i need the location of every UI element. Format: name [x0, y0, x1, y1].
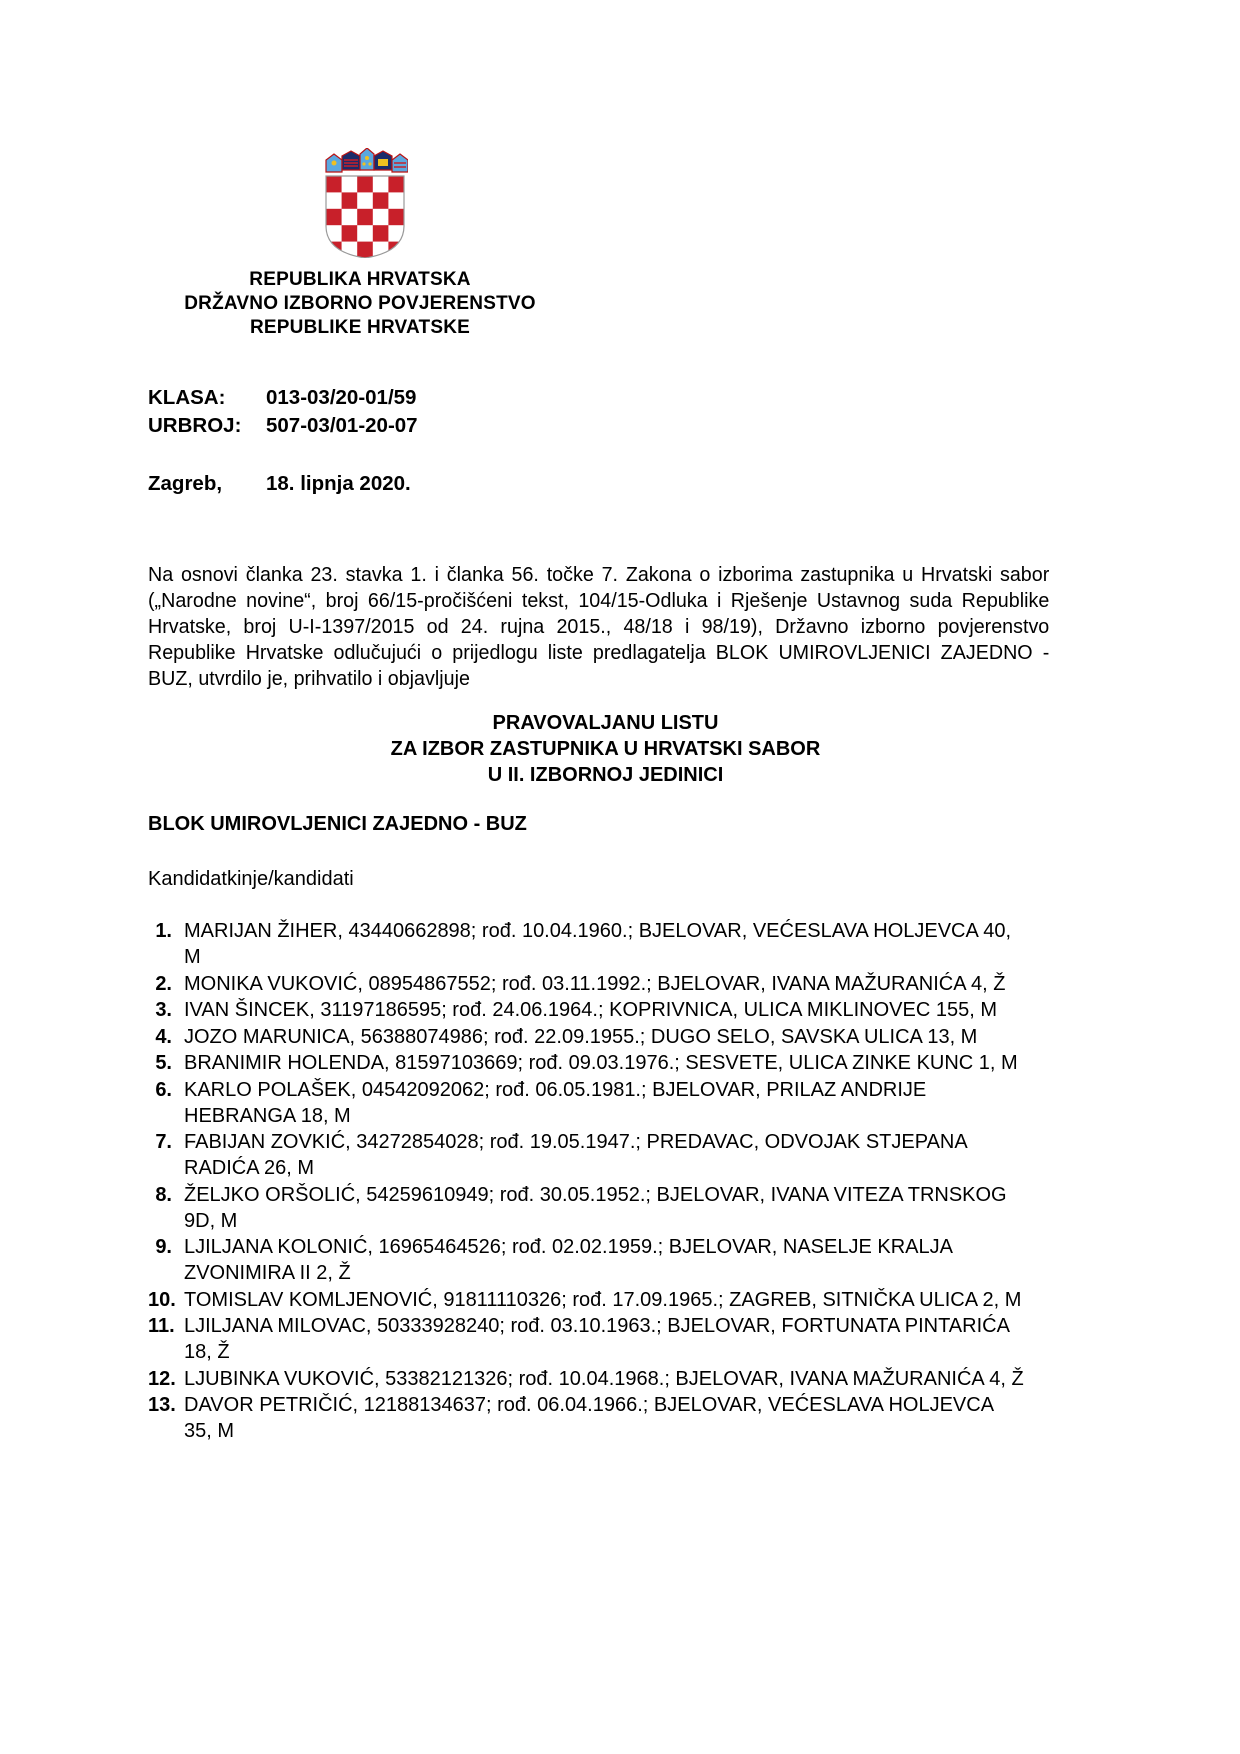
party-name: BLOK UMIROVLJENICI ZAJEDNO - BUZ [148, 813, 527, 836]
klasa-row: KLASA:013-03/20-01/59 [148, 386, 416, 410]
urbroj-label: URBROJ: [148, 414, 266, 438]
candidate-number: 11. [148, 1313, 172, 1339]
klasa-value: 013-03/20-01/59 [266, 386, 416, 409]
candidate-number: 10. [148, 1287, 172, 1313]
candidate-details: DAVOR PETRIČIĆ, 12188134637; rođ. 06.04.… [184, 1392, 1024, 1444]
candidate-details: LJUBINKA VUKOVIĆ, 53382121326; rođ. 10.0… [184, 1366, 1024, 1392]
place-label: Zagreb, [148, 472, 266, 496]
candidate-number: 6. [148, 1077, 172, 1103]
candidate-details: TOMISLAV KOMLJENOVIĆ, 91811110326; rođ. … [184, 1287, 1024, 1313]
candidate-number: 1. [148, 918, 172, 944]
institution-header: REPUBLIKA HRVATSKA DRŽAVNO IZBORNO POVJE… [150, 268, 570, 340]
candidate-item: 13.DAVOR PETRIČIĆ, 12188134637; rođ. 06.… [148, 1392, 1048, 1444]
candidate-number: 12. [148, 1366, 172, 1392]
candidate-item: 2.MONIKA VUKOVIĆ, 08954867552; rođ. 03.1… [148, 971, 1048, 997]
candidate-number: 5. [148, 1050, 172, 1076]
candidate-number: 4. [148, 1024, 172, 1050]
candidate-item: 8.ŽELJKO ORŠOLIĆ, 54259610949; rođ. 30.0… [148, 1182, 1048, 1234]
urbroj-value: 507-03/01-20-07 [266, 414, 418, 437]
candidate-details: MONIKA VUKOVIĆ, 08954867552; rođ. 03.11.… [184, 971, 1024, 997]
candidate-item: 9.LJILJANA KOLONIĆ, 16965464526; rođ. 02… [148, 1234, 1048, 1286]
klasa-label: KLASA: [148, 386, 266, 410]
title-line-1: PRAVOVALJANU LISTU [148, 710, 1063, 736]
candidate-number: 3. [148, 997, 172, 1023]
candidate-number: 8. [148, 1182, 172, 1208]
candidate-item: 10.TOMISLAV KOMLJENOVIĆ, 91811110326; ro… [148, 1287, 1048, 1313]
candidate-item: 5.BRANIMIR HOLENDA, 81597103669; rođ. 09… [148, 1050, 1048, 1076]
candidate-item: 1.MARIJAN ŽIHER, 43440662898; rođ. 10.04… [148, 918, 1048, 970]
candidate-number: 9. [148, 1234, 172, 1260]
candidate-item: 6.KARLO POLAŠEK, 04542092062; rođ. 06.05… [148, 1077, 1048, 1129]
candidate-details: KARLO POLAŠEK, 04542092062; rođ. 06.05.1… [184, 1077, 1024, 1129]
candidate-number: 2. [148, 971, 172, 997]
candidate-details: ŽELJKO ORŠOLIĆ, 54259610949; rođ. 30.05.… [184, 1182, 1024, 1234]
header-line-1: REPUBLIKA HRVATSKA [150, 268, 570, 292]
date-value: 18. lipnja 2020. [266, 472, 411, 495]
candidate-item: 4.JOZO MARUNICA, 56388074986; rođ. 22.09… [148, 1024, 1048, 1050]
candidate-number: 7. [148, 1129, 172, 1155]
candidate-item: 12.LJUBINKA VUKOVIĆ, 53382121326; rođ. 1… [148, 1366, 1048, 1392]
candidate-details: LJILJANA KOLONIĆ, 16965464526; rođ. 02.0… [184, 1234, 1024, 1286]
candidates-label: Kandidatkinje/kandidati [148, 868, 354, 891]
candidate-number: 13. [148, 1392, 172, 1418]
candidate-list: 1.MARIJAN ŽIHER, 43440662898; rođ. 10.04… [148, 918, 1048, 1445]
header-line-3: REPUBLIKE HRVATSKE [150, 316, 570, 340]
header-line-2: DRŽAVNO IZBORNO POVJERENSTVO [150, 292, 570, 316]
candidate-details: IVAN ŠINCEK, 31197186595; rođ. 24.06.196… [184, 997, 1024, 1023]
croatian-coat-of-arms-icon [322, 148, 408, 258]
candidate-details: MARIJAN ŽIHER, 43440662898; rođ. 10.04.1… [184, 918, 1024, 970]
candidate-details: BRANIMIR HOLENDA, 81597103669; rođ. 09.0… [184, 1050, 1024, 1076]
candidate-details: FABIJAN ZOVKIĆ, 34272854028; rođ. 19.05.… [184, 1129, 1024, 1181]
candidate-item: 3.IVAN ŠINCEK, 31197186595; rođ. 24.06.1… [148, 997, 1048, 1023]
candidate-details: JOZO MARUNICA, 56388074986; rođ. 22.09.1… [184, 1024, 1024, 1050]
title-line-3: U II. IZBORNOJ JEDINICI [148, 762, 1063, 788]
candidate-item: 11.LJILJANA MILOVAC, 50333928240; rođ. 0… [148, 1313, 1048, 1365]
title-line-2: ZA IZBOR ZASTUPNIKA U HRVATSKI SABOR [148, 736, 1063, 762]
urbroj-row: URBROJ:507-03/01-20-07 [148, 414, 418, 438]
document-title: PRAVOVALJANU LISTU ZA IZBOR ZASTUPNIKA U… [148, 710, 1063, 788]
candidate-details: LJILJANA MILOVAC, 50333928240; rođ. 03.1… [184, 1313, 1024, 1365]
candidate-item: 7.FABIJAN ZOVKIĆ, 34272854028; rođ. 19.0… [148, 1129, 1048, 1181]
date-row: Zagreb,18. lipnja 2020. [148, 472, 411, 496]
intro-paragraph: Na osnovi članka 23. stavka 1. i članka … [148, 562, 1049, 692]
